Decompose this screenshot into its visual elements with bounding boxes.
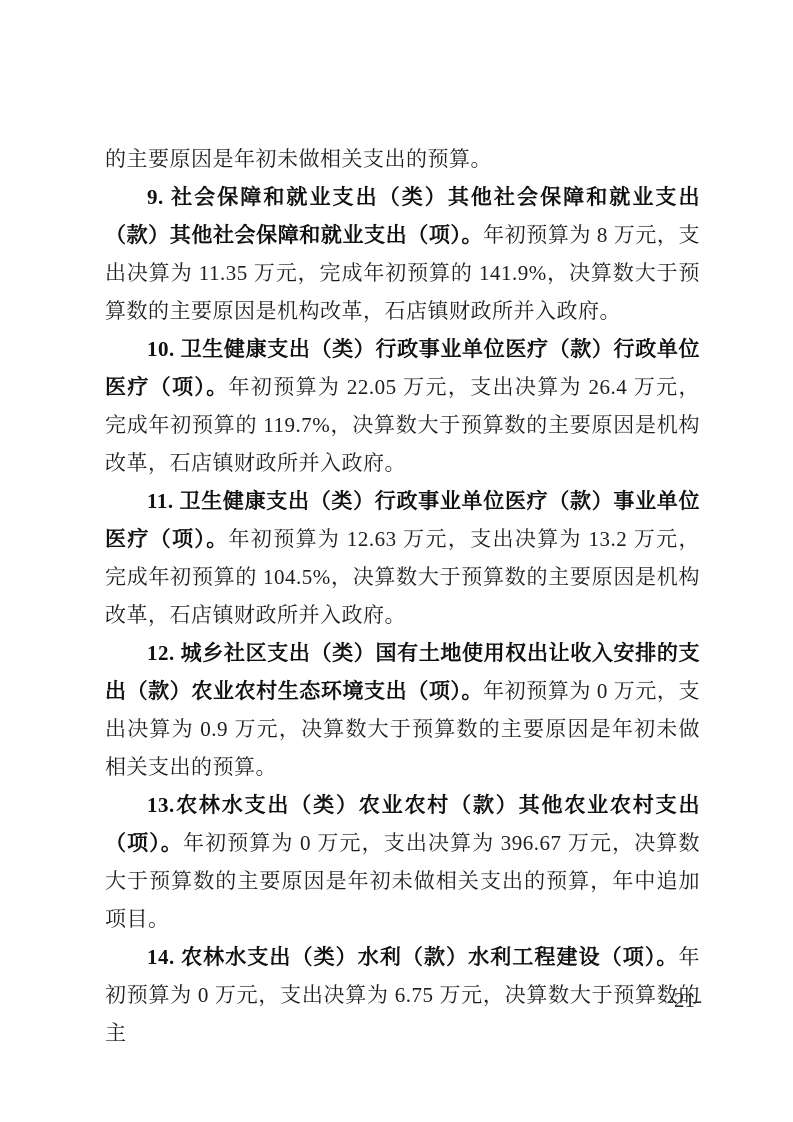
continuation-text: 的主要原因是年初未做相关支出的预算。 (105, 147, 492, 171)
document-page: 的主要原因是年初未做相关支出的预算。 9. 社会保障和就业支出（类）其他社会保障… (0, 0, 793, 1122)
paragraph-item-11: 11. 卫生健康支出（类）行政事业单位医疗（款）事业单位医疗（项）。年初预算为 … (105, 482, 700, 634)
paragraph-item-12: 12. 城乡社区支出（类）国有土地使用权出让收入安排的支出（款）农业农村生态环境… (105, 634, 700, 786)
paragraph-item-9: 9. 社会保障和就业支出（类）其他社会保障和就业支出（款）其他社会保障和就业支出… (105, 178, 700, 330)
paragraph-item-10: 10. 卫生健康支出（类）行政事业单位医疗（款）行政单位医疗（项）。年初预算为 … (105, 330, 700, 482)
paragraph-14-heading: 14. 农林水支出（类）水利（款）水利工程建设（项）。 (147, 945, 679, 969)
text-block: 的主要原因是年初未做相关支出的预算。 9. 社会保障和就业支出（类）其他社会保障… (105, 140, 700, 1052)
paragraph-13-body: 年初预算为 0 万元，支出决算为 396.67 万元，决算数大于预算数的主要原因… (105, 831, 700, 931)
paragraph-continuation: 的主要原因是年初未做相关支出的预算。 (105, 140, 700, 178)
paragraph-item-13: 13.农林水支出（类）农业农村（款）其他农业农村支出（项）。年初预算为 0 万元… (105, 786, 700, 938)
page-number: -21- (0, 988, 702, 1012)
